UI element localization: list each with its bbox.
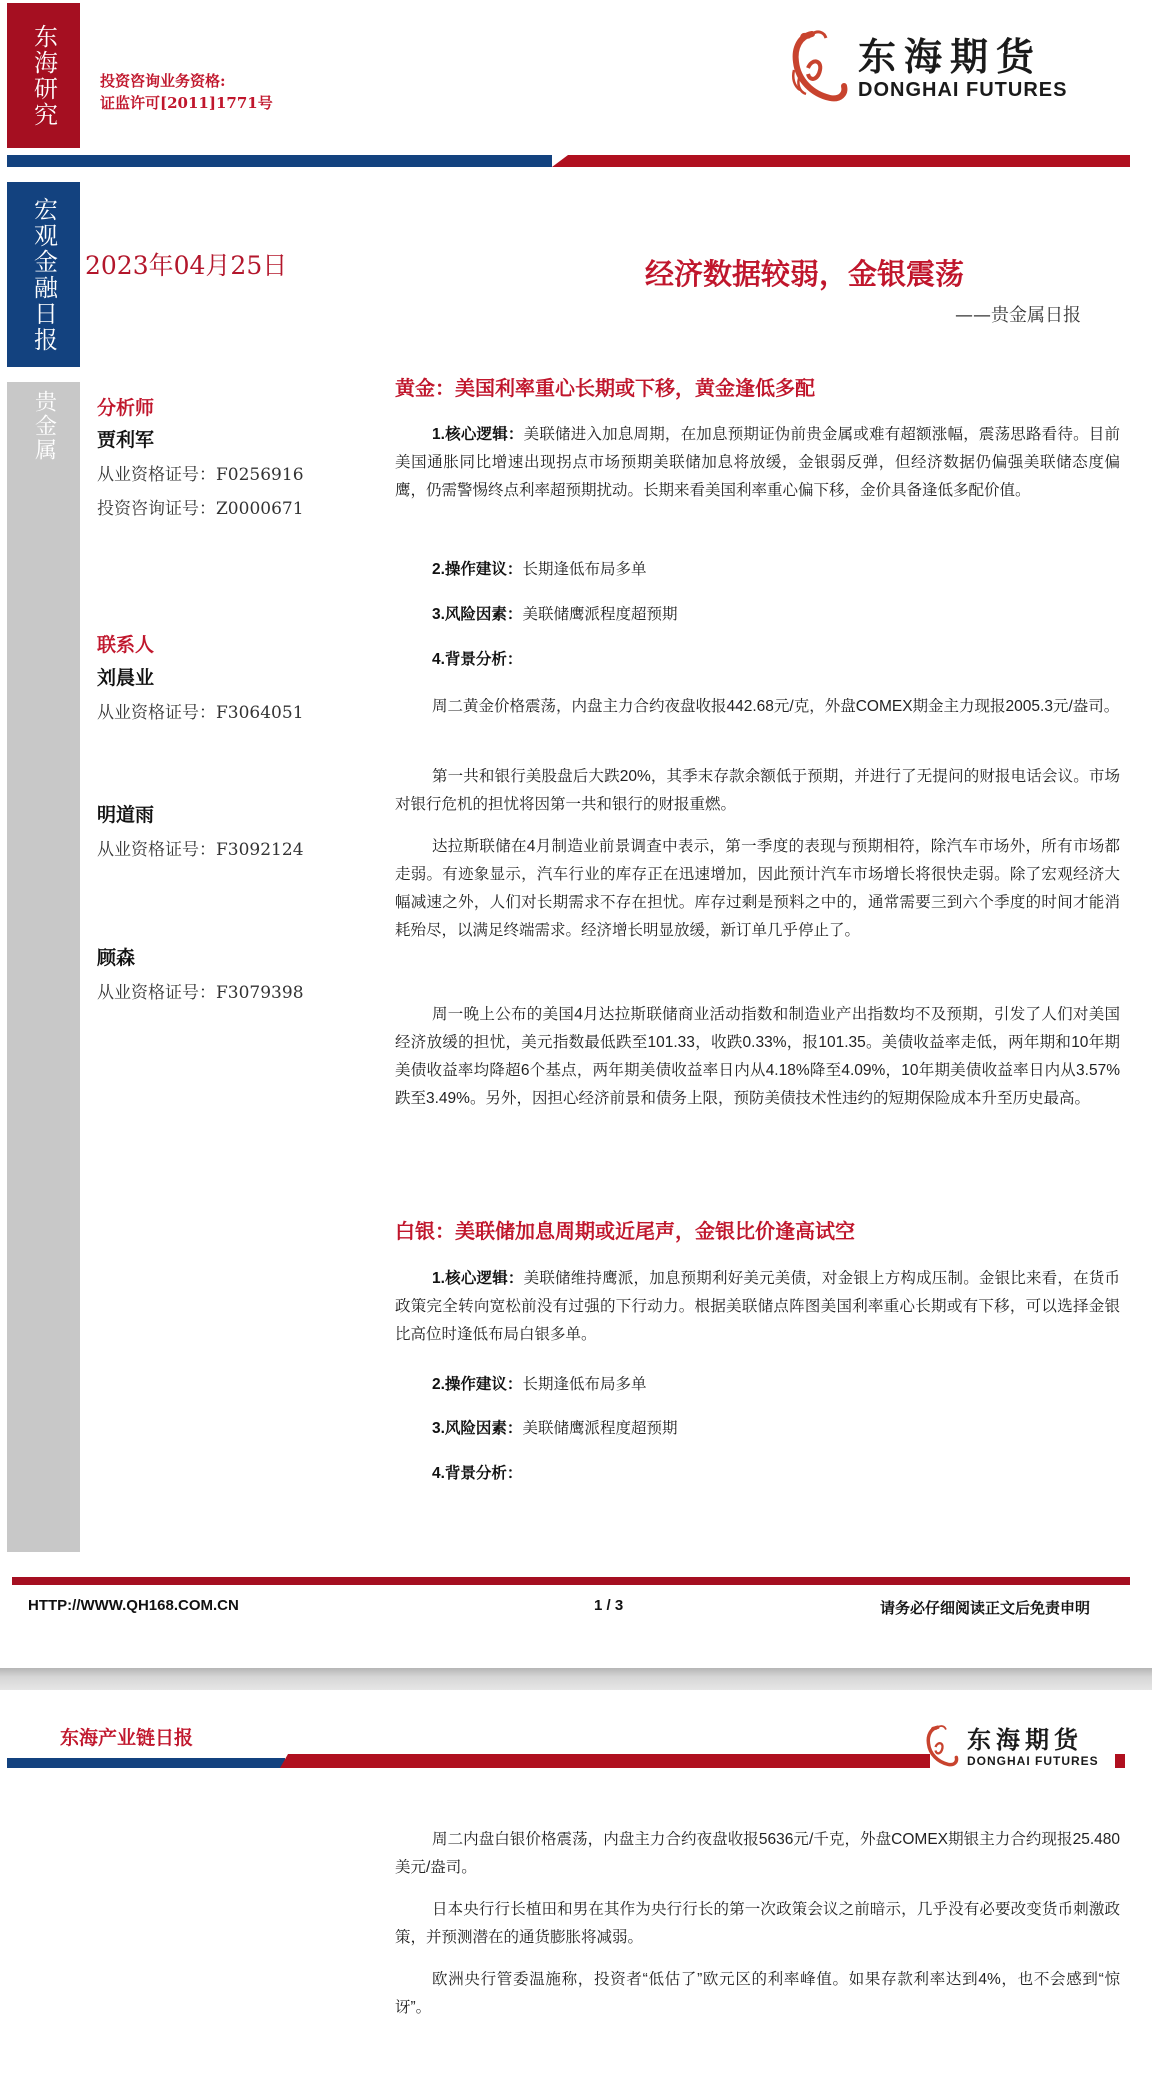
silver-section-heading: 白银：美联储加息周期或近尾声，金银比价逢高试空 <box>395 1215 855 1244</box>
brand-block: 东海研究 <box>7 3 80 148</box>
gold-background-paragraph: 第一共和银行美股盘后大跌20%，其季末存款余额低于预期，并进行了无提问的财报电话… <box>395 763 1120 819</box>
gold-operation-advice: 2.操作建议：长期逢低布局多单 <box>432 557 646 579</box>
category-label: 宏观金融日报 <box>32 197 56 353</box>
gold-background-label-text: 4.背景分析： <box>432 651 522 668</box>
logo-cn-text: 东海期货 <box>967 1726 1099 1754</box>
category-tab: 宏观金融日报 <box>7 182 80 367</box>
silver-background-paragraph: 日本央行行长植田和男在其作为央行行长的第一次政策会议之前暗示，几乎没有必要改变货… <box>395 1896 1120 1952</box>
silver-core-logic: 1.核心逻辑：美联储维持鹰派，加息预期利好美元美债，对金银上方构成压制。金银比来… <box>395 1265 1120 1349</box>
page-separator <box>0 1668 1152 1690</box>
report-subtitle: ——贵金属日报 <box>955 301 1081 327</box>
page2-company-logo: 东海期货 DONGHAI FUTURES <box>925 1722 1099 1772</box>
silver-core-logic-label: 1.核心逻辑： <box>432 1270 524 1287</box>
gold-background-paragraph: 达拉斯联储在4月制造业前景调查中表示，第一季度的表现与预期相符，除汽车市场外，所… <box>395 833 1120 945</box>
contact-name: 顾森 <box>97 943 135 970</box>
page2-divider-red-end <box>1115 1754 1125 1768</box>
silver-risk-factors: 3.风险因素：美联储鹰派程度超预期 <box>432 1416 677 1438</box>
contact-cert: 从业资格证号：F3079398 <box>97 978 304 1003</box>
page2-header-title: 东海产业链日报 <box>60 1723 193 1750</box>
analyst-cert-qualification: 从业资格证号：F0256916 <box>97 460 304 485</box>
silver-operation-label: 2.操作建议： <box>432 1376 522 1393</box>
report-date: 2023年04月25日 <box>85 246 287 282</box>
silver-background-paragraph: 周二内盘白银价格震荡，内盘主力合约夜盘收报5636元/千克，外盘COMEX期银主… <box>395 1826 1120 1882</box>
report-title: 经济数据较弱，金银震荡 <box>645 252 964 293</box>
silver-risk-text: 美联储鹰派程度超预期 <box>522 1420 677 1437</box>
logo-cn-text: 东海期货 <box>858 35 1067 79</box>
gold-operation-label: 2.操作建议： <box>432 561 522 578</box>
license-label: 投资咨询业务资格: <box>100 70 273 92</box>
silver-background-label: 4.背景分析： <box>432 1461 522 1483</box>
footer-url-link[interactable]: HTTP://WWW.QH168.COM.CN <box>28 1597 239 1614</box>
disclaimer-notice: 请务必仔细阅读正文后免责申明 <box>880 1597 1090 1618</box>
dragon-logo-icon <box>925 1722 961 1772</box>
gold-operation-text: 长期逢低布局多单 <box>522 561 646 578</box>
analyst-name: 贾利军 <box>97 425 154 452</box>
silver-operation-advice: 2.操作建议：长期逢低布局多单 <box>432 1372 646 1394</box>
contact-label: 联系人 <box>97 630 154 657</box>
company-logo: 东海期货 DONGHAI FUTURES <box>790 28 1067 108</box>
license-number: 证监许可[2011]1771号 <box>100 92 273 114</box>
license-info: 投资咨询业务资格: 证监许可[2011]1771号 <box>100 70 273 114</box>
gold-risk-factors: 3.风险因素：美联储鹰派程度超预期 <box>432 602 677 624</box>
gold-background-label: 4.背景分析： <box>432 647 522 669</box>
page2-divider-blue <box>7 1758 285 1768</box>
silver-background-paragraph: 欧洲央行管委温施称，投资者“低估了”欧元区的利率峰值。如果存款利率达到4%，也不… <box>395 1966 1120 2022</box>
brand-vertical-label: 东海研究 <box>32 24 56 128</box>
silver-operation-text: 长期逢低布局多单 <box>522 1376 646 1393</box>
gold-core-logic-label: 1.核心逻辑： <box>432 426 524 443</box>
page2-divider-red <box>280 1754 930 1768</box>
contact-cert: 从业资格证号：F3092124 <box>97 835 304 860</box>
gold-risk-label: 3.风险因素： <box>432 606 522 623</box>
gold-section-heading: 黄金：美国利率重心长期或下移，黄金逢低多配 <box>395 372 815 401</box>
logo-en-text: DONGHAI FUTURES <box>967 1754 1099 1768</box>
gold-background-paragraph: 周一晚上公布的美国4月达拉斯联储商业活动指数和制造业产出指数均不及预期，引发了人… <box>395 1001 1120 1113</box>
silver-risk-label: 3.风险因素： <box>432 1420 522 1437</box>
analyst-cert-consulting: 投资咨询证号：Z0000671 <box>97 494 304 519</box>
subcategory-label: 贵金属 <box>33 390 55 1552</box>
header-divider-red <box>552 155 1130 167</box>
gold-background-paragraph: 周二黄金价格震荡，内盘主力合约夜盘收报442.68元/克，外盘COMEX期金主力… <box>395 693 1120 721</box>
header-divider-blue <box>7 155 552 167</box>
dragon-logo-icon <box>790 28 852 108</box>
logo-en-text: DONGHAI FUTURES <box>858 79 1067 101</box>
contact-cert: 从业资格证号：F3064051 <box>97 698 304 723</box>
analyst-label: 分析师 <box>97 393 154 420</box>
gold-core-logic: 1.核心逻辑：美联储进入加息周期，在加息预期证伪前贵金属或难有超额涨幅，震荡思路… <box>395 421 1120 505</box>
contact-name: 明道雨 <box>97 800 154 827</box>
contact-name: 刘晨业 <box>97 663 154 690</box>
silver-background-label-text: 4.背景分析： <box>432 1465 522 1482</box>
footer-divider <box>12 1577 1130 1585</box>
page-number: 1 / 3 <box>594 1597 623 1614</box>
gold-risk-text: 美联储鹰派程度超预期 <box>522 606 677 623</box>
subcategory-tab: 贵金属 <box>7 382 80 1552</box>
